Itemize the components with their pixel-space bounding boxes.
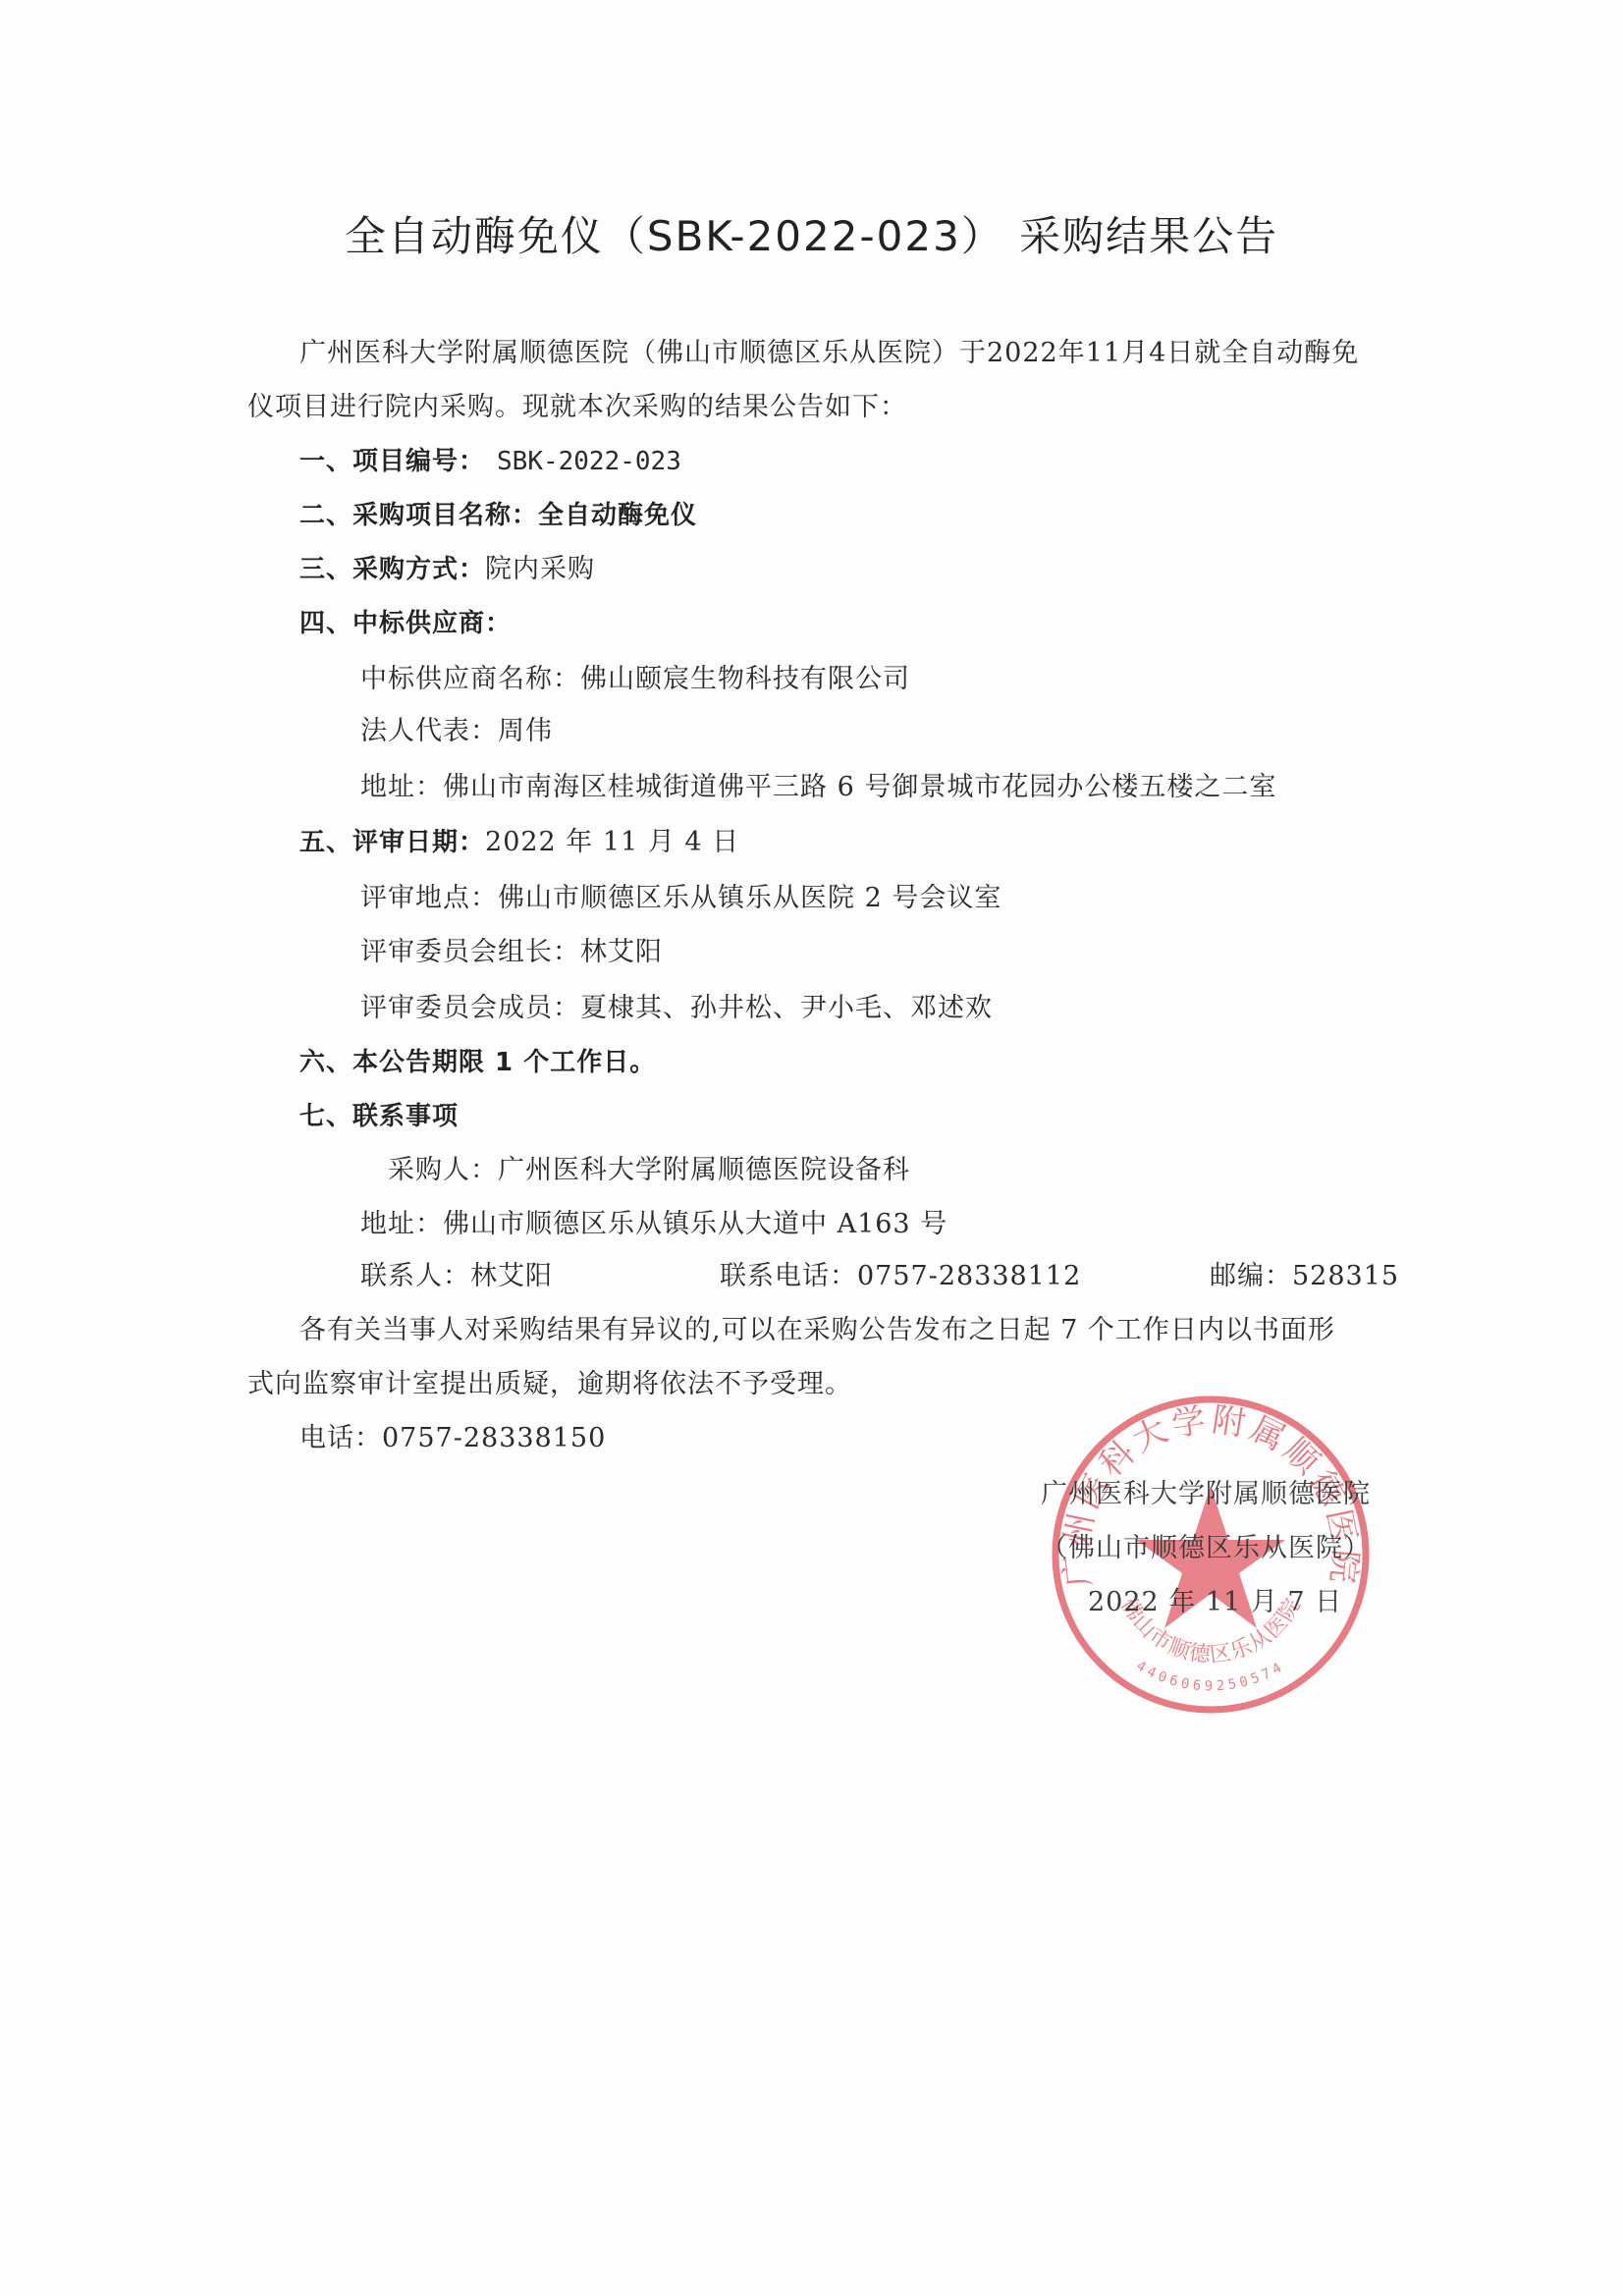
procurement-method: 院内采购 — [485, 554, 595, 584]
section-label: 六、本公告期限 1 个工作日。 — [299, 1048, 656, 1077]
section-winning-supplier: 四、中标供应商： — [299, 607, 512, 640]
project-name: 全自动酶免仪 — [538, 501, 697, 530]
section-label: 三、采购方式： — [299, 555, 485, 584]
section-label: 五、评审日期： — [299, 828, 485, 857]
section-label: 四、中标供应商： — [299, 609, 512, 638]
review-members: 评审委员会成员：夏棣其、孙井松、尹小毛、邓述欢 — [360, 992, 993, 1025]
supplier-legal-rep: 法人代表：周伟 — [360, 715, 553, 748]
page-title: 全自动酶免仪（SBK-2022-023） 采购结果公告 — [0, 211, 1623, 262]
contact-person: 联系人：林艾阳 — [360, 1260, 553, 1293]
section-review-date: 五、评审日期：2022 年 11 月 4 日 — [299, 826, 739, 859]
signature-org: 广州医科大学附属顺德医院 — [1041, 1478, 1371, 1511]
section-label: 七、联系事项 — [299, 1102, 459, 1131]
section-procurement-method: 三、采购方式：院内采购 — [299, 553, 595, 586]
section-label: 二、采购项目名称： — [299, 501, 538, 530]
section-project-number: 一、项目编号：SBK-2022-023 — [299, 445, 681, 478]
signature-org-alias: （佛山市顺德区乐从医院） — [1041, 1532, 1371, 1565]
contact-phone: 联系电话：0757-28338112 — [720, 1260, 1081, 1293]
section-notice-period: 六、本公告期限 1 个工作日。 — [299, 1046, 656, 1079]
inquiry-phone: 电话：0757-28338150 — [299, 1422, 606, 1455]
section-project-name: 二、采购项目名称：全自动酶免仪 — [299, 499, 697, 532]
signature-date: 2022 年 11 月 7 日 — [1088, 1586, 1342, 1619]
supplier-name: 中标供应商名称：佛山颐宸生物科技有限公司 — [360, 663, 910, 696]
purchaser: 采购人：广州医科大学附属顺德医院设备科 — [388, 1154, 910, 1187]
purchaser-address: 地址：佛山市顺德区乐从镇乐从大道中 A163 号 — [360, 1208, 947, 1241]
objection-line-2: 式向监察审计室提出质疑，逾期将依法不予受理。 — [247, 1368, 852, 1401]
review-date: 2022 年 11 月 4 日 — [485, 827, 739, 857]
objection-line-1: 各有关当事人对采购结果有异议的,可以在采购公告发布之日起 7 个工作日内以书面形 — [299, 1314, 1335, 1347]
section-contact: 七、联系事项 — [299, 1100, 459, 1133]
postcode: 邮编：528315 — [1210, 1260, 1399, 1293]
review-leader: 评审委员会组长：林艾阳 — [360, 936, 663, 969]
supplier-address: 地址：佛山市南海区桂城街道佛平三路 6 号御景城市花园办公楼五楼之二室 — [360, 771, 1276, 804]
svg-text:4406069250574: 4406069250574 — [1133, 1658, 1287, 1694]
intro-line-2: 仪项目进行院内采购。现就本次采购的结果公告如下： — [247, 391, 907, 424]
intro-line-1: 广州医科大学附属顺德医院（佛山市顺德区乐从医院）于2022年11月4日就全自动酶… — [299, 337, 1359, 370]
project-number: SBK-2022-023 — [497, 447, 681, 476]
document-page: 全自动酶免仪（SBK-2022-023） 采购结果公告 广州医科大学附属顺德医院… — [0, 0, 1623, 2296]
section-label: 一、项目编号： — [299, 447, 485, 476]
review-location: 评审地点：佛山市顺德区乐从镇乐从医院 2 号会议室 — [360, 882, 1001, 915]
